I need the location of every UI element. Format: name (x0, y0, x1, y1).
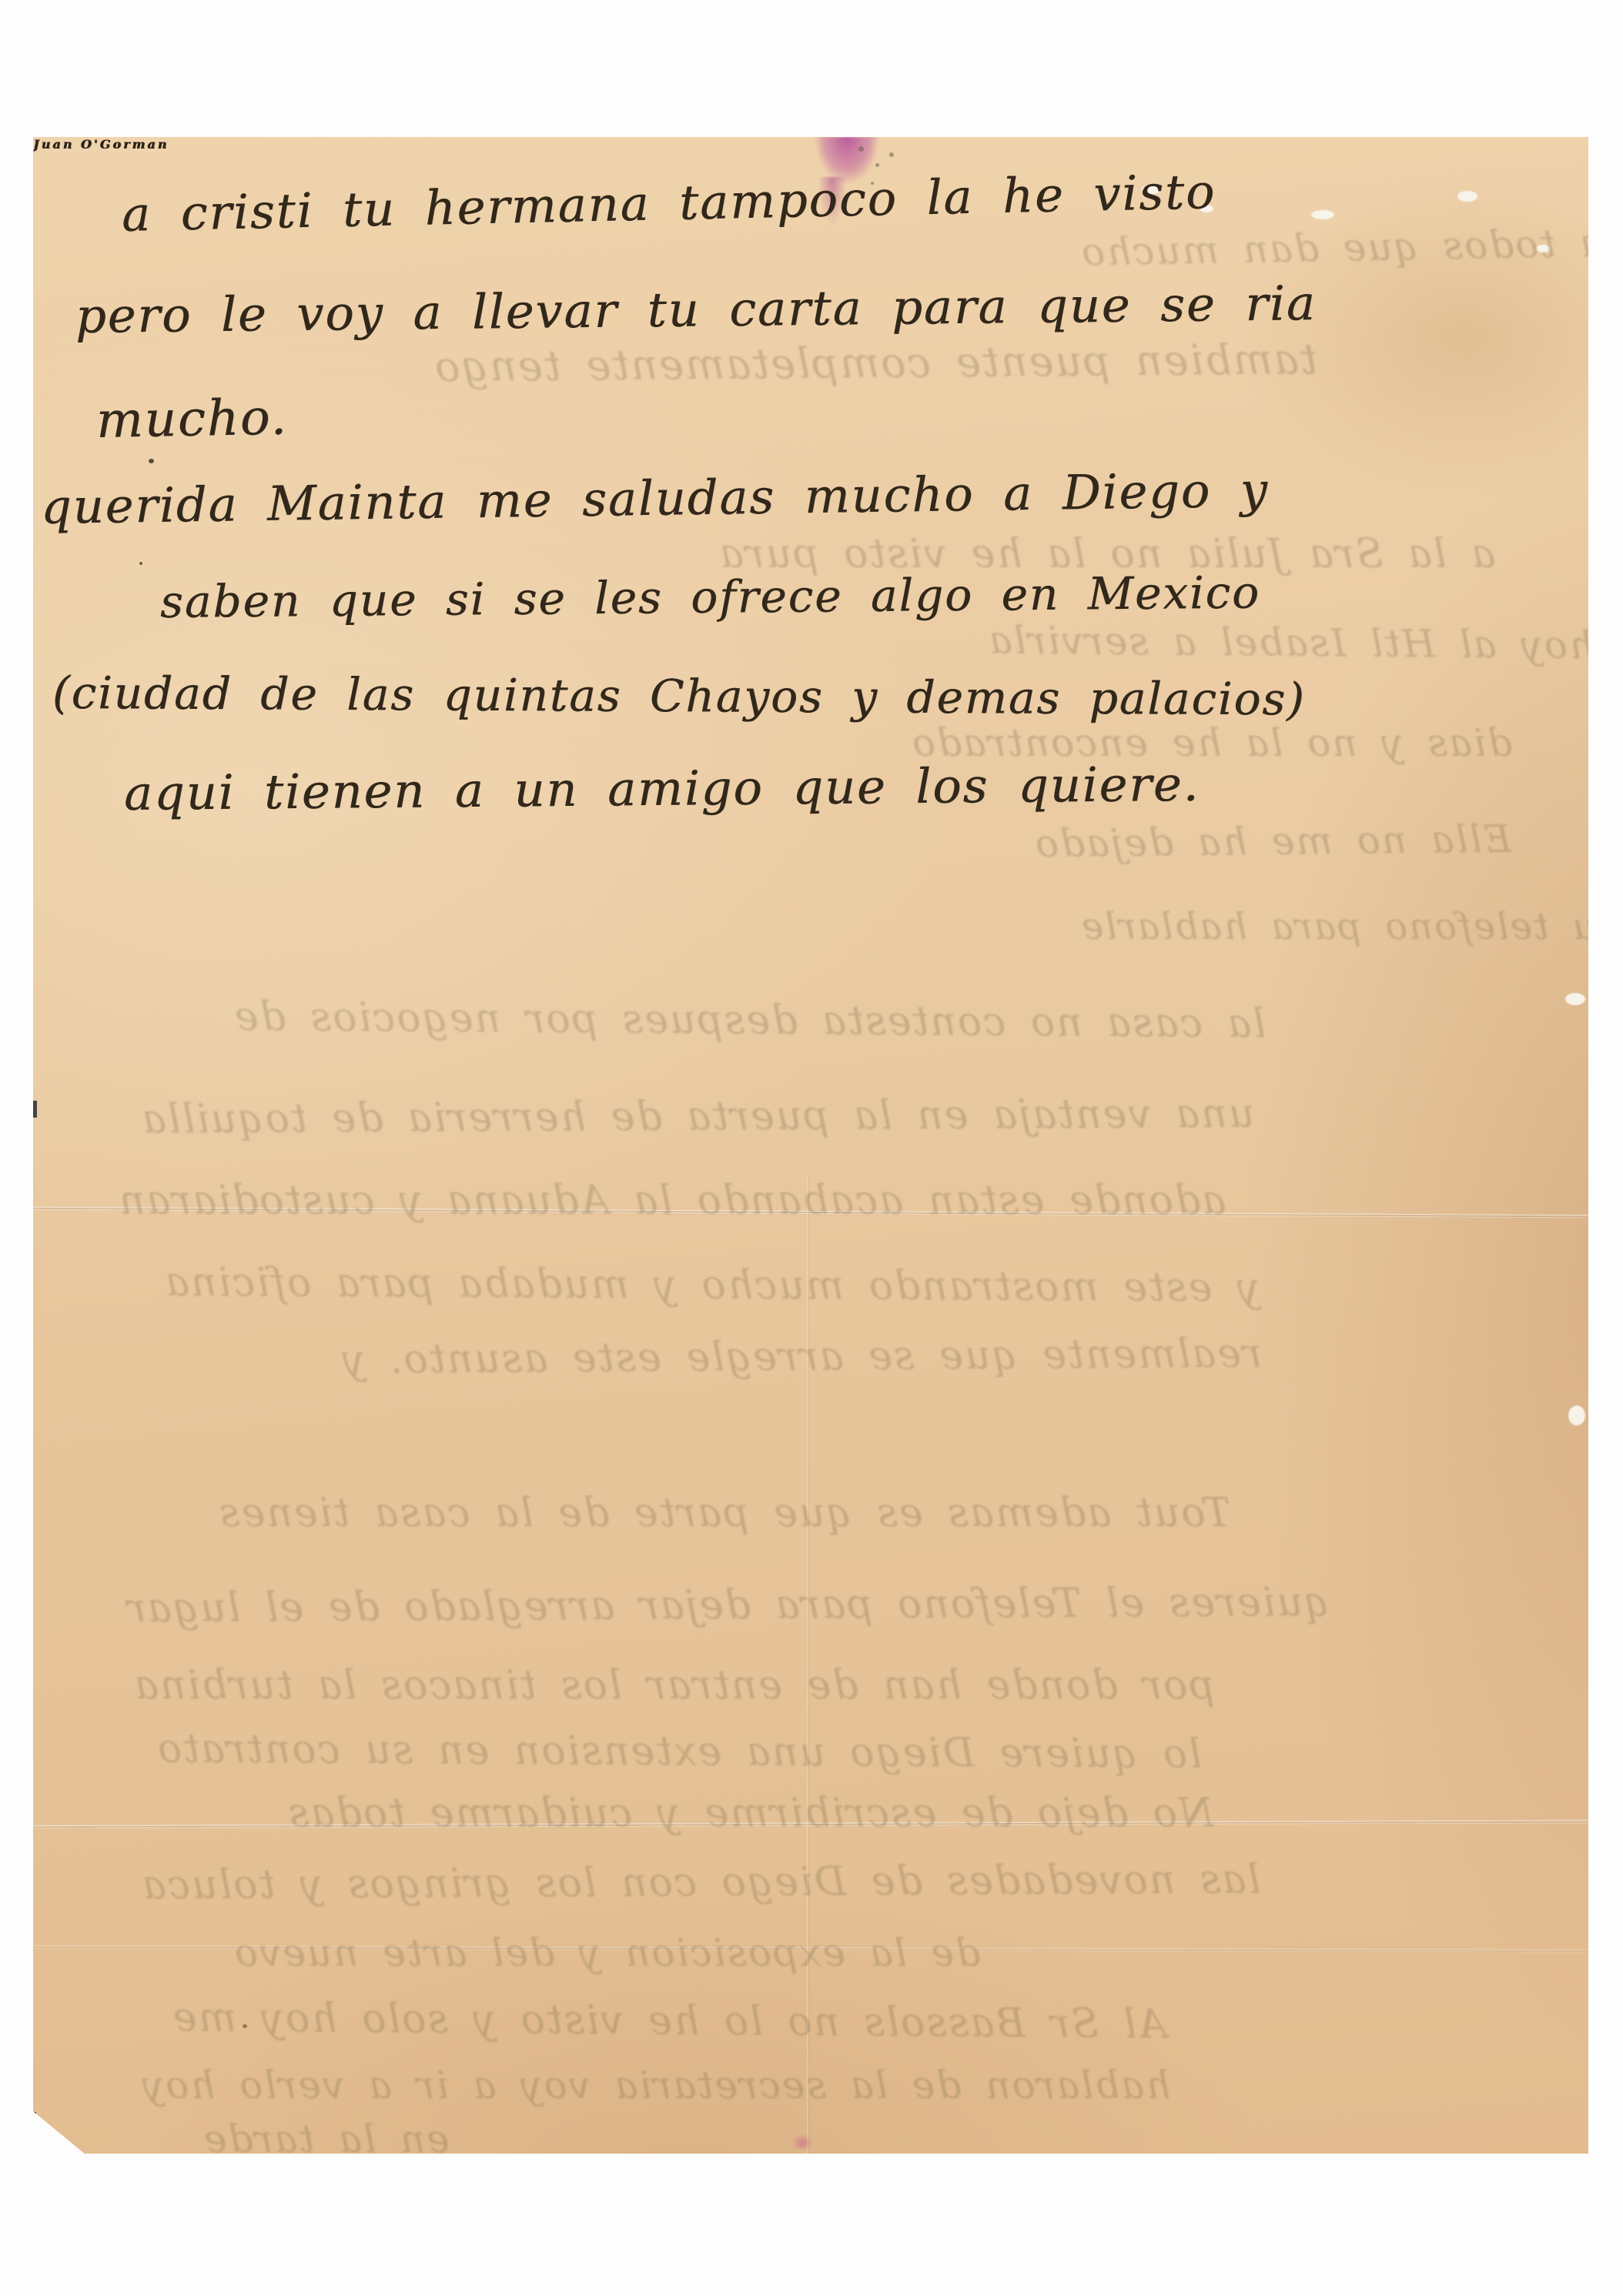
bleedthrough-line: de la exposicion y del arte nuevo (233, 1930, 980, 1975)
bleedthrough-line: Tout ademas es que parte de la casa tien… (218, 1490, 1230, 1536)
letter-line: mucho. (95, 389, 288, 450)
bleedthrough-line: tambien puente completamente tengo (433, 335, 1317, 391)
bleedthrough-line: por donde han de entrar los tinacos la t… (133, 1663, 1215, 1709)
letter-line-text: pero le voy a llevar tu carta para que s… (75, 275, 1317, 344)
bleedthrough-text: Al Sr Bassols no lo he visto y solo hoy … (172, 1994, 1167, 2047)
letter-line-text: a cristi tu hermana tampoco la he visto (121, 163, 1216, 242)
letter-line-text: (ciudad de las quintas Chayos y demas pa… (52, 667, 1306, 726)
letter-line: aqui tienen a un amigo que los quiere. (124, 756, 1200, 821)
bleedthrough-text: la casa no contesta despues por negocios… (233, 994, 1267, 1047)
bleedthrough-line: en la tarde (202, 2117, 450, 2161)
bleedthrough-text: tambien puente completamente tengo (433, 335, 1317, 391)
stain-speckle (875, 163, 879, 167)
bleedthrough-text: por donde han de entrar los tinacos la t… (133, 1663, 1215, 1709)
bleedthrough-text: quieres el Telefono para dejar arreglado… (125, 1579, 1330, 1632)
stain-speckle (858, 146, 864, 152)
bleedthrough-text: hoy al Htl Isabel a servirla (988, 618, 1595, 668)
bleedthrough-line: No dejo de escribirme y cuidarme todas (287, 1790, 1214, 1836)
paper-scuff (1457, 191, 1477, 202)
letter-line-text: querida Mainta me saludas mucho a Diego … (40, 462, 1269, 535)
letter-line-text: mucho. (95, 389, 288, 450)
bleedthrough-line: las novedades de Diego con los gringos y… (141, 1857, 1260, 1909)
bleedthrough-line: quieres el Telefono para dejar arreglado… (125, 1579, 1330, 1632)
bleedthrough-line: y este mostrando mucho y mudaba para ofi… (164, 1259, 1260, 1311)
bleedthrough-line: y a puede a todos que dan mucho (1080, 216, 1623, 274)
bleedthrough-text: lo quiere Diego una extension en su cont… (156, 1726, 1202, 1777)
bleedthrough-text: adonde estan acabando la Aduana y custod… (118, 1178, 1226, 1224)
bleedthrough-text: y este mostrando mucho y mudaba para ofi… (164, 1259, 1260, 1311)
bleedthrough-line: Al Sr Bassols no lo he visto y solo hoy … (172, 1994, 1167, 2047)
bleedthrough-text: No dejo de escribirme y cuidarme todas (287, 1790, 1214, 1836)
bleedthrough-text: Tout ademas es que parte de la casa tien… (218, 1490, 1230, 1536)
letter-line: a cristi tu hermana tampoco la he visto (121, 163, 1216, 242)
bleedthrough-text: una ventaja en la puerta de herreria de … (141, 1091, 1255, 1143)
bleedthrough-line: lo quiere Diego una extension en su cont… (156, 1726, 1202, 1777)
bleedthrough-text: hablaron de la secretaria voy a ir a ver… (141, 2063, 1170, 2107)
bleedthrough-text: y a puede a todos que dan mucho (1080, 216, 1623, 274)
edge-nick-white (1568, 1405, 1585, 1425)
letter-line: (ciudad de las quintas Chayos y demas pa… (52, 667, 1306, 726)
bleedthrough-text: las novedades de Diego con los gringos y… (141, 1857, 1260, 1909)
edge-nick-dark (33, 1101, 37, 1118)
letter-line: querida Mainta me saludas mucho a Diego … (40, 462, 1269, 535)
letter-line-text: aqui tienen a un amigo que los quiere. (124, 756, 1200, 821)
scan-background: y a puede a todos que dan mucho tambien … (0, 0, 1623, 2296)
letter-line: saben que si se les ofrece algo en Mexic… (160, 566, 1261, 628)
bleedthrough-line: hoy al Htl Isabel a servirla (988, 618, 1595, 668)
bleedthrough-text: de la exposicion y del arte nuevo (233, 1930, 980, 1975)
bleedthrough-text: realmente que se arregle este asunto. y (341, 1331, 1262, 1383)
fly-speck (139, 562, 142, 565)
letter-line: pero le voy a llevar tu carta para que s… (75, 275, 1317, 344)
letter-paper: y a puede a todos que dan mucho tambien … (33, 137, 1588, 2154)
paper-scuff (1311, 210, 1334, 219)
bleedthrough-line: Ella no me ha dejado (1034, 817, 1512, 866)
bleedthrough-text: en la tarde (202, 2117, 450, 2161)
bleedthrough-line: una ventaja en la puerta de herreria de … (141, 1091, 1255, 1143)
pink-dot-bottom (791, 2134, 813, 2149)
edge-nick-white (1565, 993, 1585, 1005)
bleedthrough-line: la casa no contesta despues por negocios… (233, 994, 1267, 1047)
bleedthrough-text: su telefono para hablarle (1080, 905, 1617, 948)
fly-speck (149, 459, 154, 463)
bleedthrough-text: Ella no me ha dejado (1034, 817, 1512, 866)
bleedthrough-line: adonde estan acabando la Aduana y custod… (118, 1178, 1226, 1224)
edge-nick-dark (33, 2112, 36, 2151)
letter-line-text: saben que si se les ofrece algo en Mexic… (160, 566, 1261, 628)
bleedthrough-line: realmente que se arregle este asunto. y (341, 1331, 1262, 1383)
bleedthrough-line: su telefono para hablarle (1080, 905, 1617, 948)
bleedthrough-line: hablaron de la secretaria voy a ir a ver… (141, 2063, 1170, 2107)
stain-speckle (889, 152, 894, 157)
signature: Juan O'Gorman (33, 137, 169, 152)
